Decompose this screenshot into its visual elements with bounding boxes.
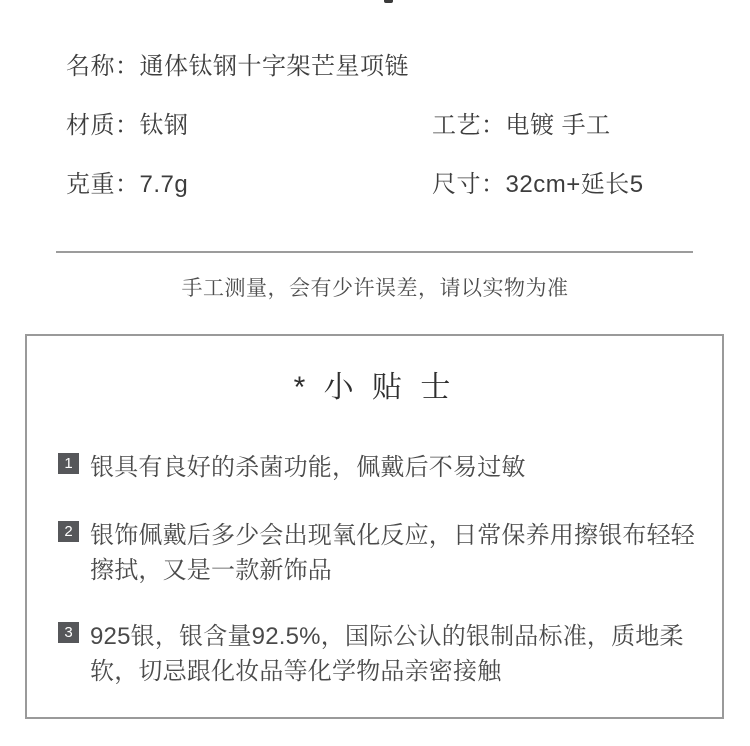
tip-item-3: 3 925银，银含量92.5%，国际公认的银制品标准，质地柔软，切忌跟化妆品等化… (58, 619, 705, 689)
spec-value-craft: 电镀 手工 (506, 112, 611, 139)
tip-item-2: 2 银饰佩戴后多少会出现氧化反应，日常保养用擦银布轻轻擦拭，又是一款新饰品 (58, 518, 705, 588)
spec-row-weight: 克重：7.7g (66, 171, 188, 199)
spec-label-name: 名称： (66, 53, 140, 80)
cropped-image-remnant (384, 0, 393, 3)
tip-text-1: 银具有良好的杀菌功能，佩戴后不易过敏 (90, 450, 705, 485)
tip-number-badge-1: 1 (58, 453, 79, 474)
tip-text-3: 925银，银含量92.5%，国际公认的银制品标准，质地柔软，切忌跟化妆品等化学物… (90, 619, 705, 689)
product-detail-spec-page: 名称：通体钛钢十字架芒星项链 材质：钛钢 工艺：电镀 手工 克重：7.7g 尺寸… (0, 0, 750, 746)
spec-label-size: 尺寸： (432, 171, 506, 198)
spec-label-craft: 工艺： (432, 112, 506, 139)
spec-label-material: 材质： (66, 112, 140, 139)
spec-row-name: 名称：通体钛钢十字架芒星项链 (66, 53, 409, 81)
horizontal-divider (56, 251, 693, 253)
spec-value-size: 32cm+延长5 (506, 171, 644, 198)
spec-row-size: 尺寸：32cm+延长5 (432, 171, 644, 199)
spec-row-material: 材质：钛钢 (66, 112, 189, 140)
tips-box-title: * 小 贴 士 (27, 371, 722, 405)
tip-number-badge-2: 2 (58, 521, 79, 542)
spec-row-craft: 工艺：电镀 手工 (432, 112, 611, 140)
measurement-note: 手工测量，会有少许误差，请以实物为准 (0, 276, 750, 302)
spec-value-weight: 7.7g (140, 171, 189, 198)
tip-text-2: 银饰佩戴后多少会出现氧化反应，日常保养用擦银布轻轻擦拭，又是一款新饰品 (90, 518, 705, 588)
spec-value-name: 通体钛钢十字架芒星项链 (140, 53, 410, 80)
tips-box: * 小 贴 士 1 银具有良好的杀菌功能，佩戴后不易过敏 2 银饰佩戴后多少会出… (25, 334, 724, 719)
tip-number-badge-3: 3 (58, 622, 79, 643)
tip-item-1: 1 银具有良好的杀菌功能，佩戴后不易过敏 (58, 450, 705, 485)
spec-value-material: 钛钢 (140, 112, 189, 139)
spec-label-weight: 克重： (66, 171, 140, 198)
